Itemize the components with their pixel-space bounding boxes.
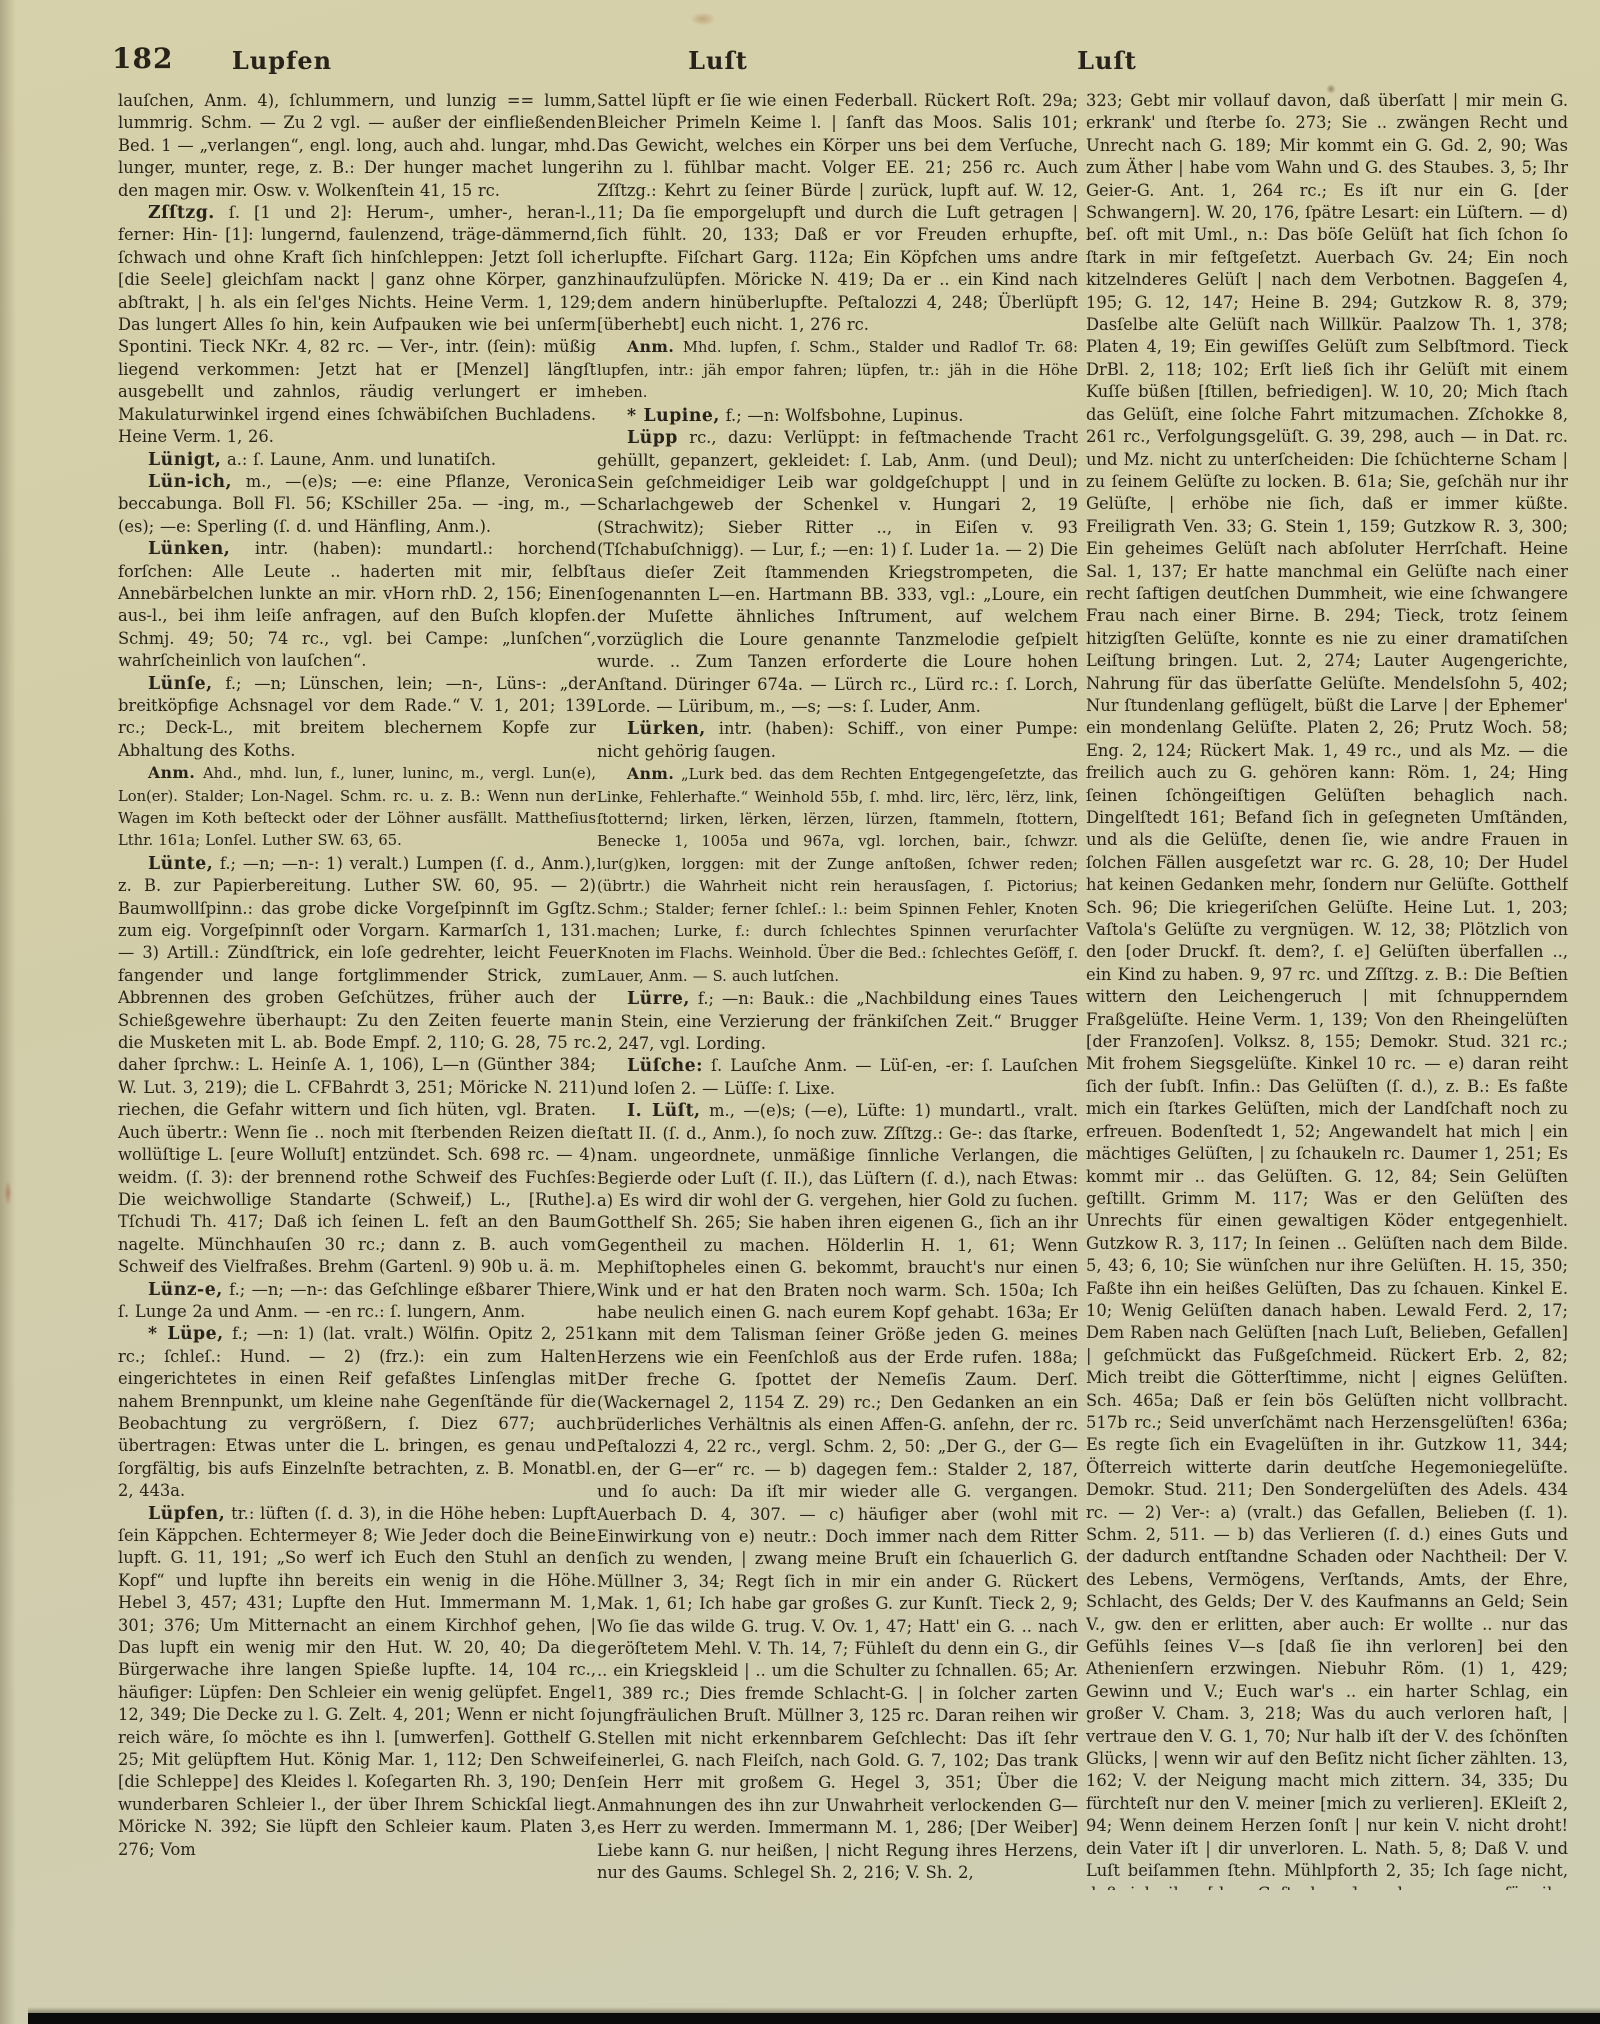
- entry-paragraph: Lünſe, f.; —n; Lünschen, lein; —n-, Lüns…: [118, 673, 596, 763]
- entry-headword: Anm.: [627, 337, 674, 356]
- entry-headword: Zſſtzg.: [148, 203, 215, 223]
- text-column-3: 323; Gebt mir vollauf davon, daß überſat…: [1086, 90, 1568, 1890]
- scanned-dictionary-page: 182 Lupfen Luſt Luſt lauſchen, Anm. 4), …: [0, 0, 1600, 2024]
- annotation-paragraph: Anm. Mhd. lupfen, ſ. Schm., Stalder und …: [597, 336, 1078, 404]
- annotation-paragraph: Anm. „Lurk bed. das dem Rechten Entgegen…: [597, 763, 1078, 988]
- entry-headword: Lün-ich,: [148, 472, 232, 492]
- entry-headword: Lüpfen,: [148, 1504, 225, 1524]
- annotation-paragraph: Anm. Ahd., mhd. lun, f., luner, luninc, …: [118, 762, 596, 853]
- text-column-2: Sattel lüpft er ſie wie einen Federball.…: [597, 90, 1078, 1890]
- entry-paragraph: Zſſtzg. ſ. [1 und 2]: Herum-, umher-, he…: [118, 202, 596, 448]
- entry-headword: I. Lüſt,: [627, 1101, 701, 1121]
- scan-edge-bottom: [28, 2013, 1600, 2024]
- entry-headword: Lüpp: [627, 428, 678, 448]
- running-head-left: Lupfen: [232, 46, 332, 75]
- entry-paragraph: Lüſche: ſ. Lauſche Anm. — Lüſ-en, -er: ſ…: [597, 1055, 1078, 1100]
- entry-headword: Lünte,: [148, 854, 213, 874]
- entry-paragraph: Lün-ich, m., —(e)s; —e: eine Pflanze, Ve…: [118, 471, 596, 538]
- running-head-middle: Luſt: [688, 46, 748, 75]
- entry-paragraph: Sattel lüpft er ſie wie einen Federball.…: [597, 90, 1078, 336]
- entry-paragraph: I. Lüſt, m., —(e)s; (—e), Lüfte: 1) mund…: [597, 1100, 1078, 1884]
- entry-paragraph: lauſchen, Anm. 4), ſchlummern, und lunzi…: [118, 90, 596, 202]
- text-column-1: lauſchen, Anm. 4), ſchlummern, und lunzi…: [118, 90, 596, 1890]
- entry-headword: Lünz-e,: [148, 1280, 223, 1300]
- entry-paragraph: Lüpp rc., dazu: Verlüppt: in feſtmachend…: [597, 427, 1078, 718]
- entry-headword: * Lupine,: [627, 406, 720, 426]
- entry-headword: * Lüpe,: [148, 1324, 224, 1344]
- entry-headword: Lüſche:: [627, 1056, 703, 1076]
- page-number: 182: [112, 42, 173, 75]
- entry-headword: Anm.: [148, 763, 195, 782]
- entry-paragraph: Lünz-e, f.; —n; —n-: das Geſchlinge eßba…: [118, 1279, 596, 1324]
- entry-paragraph: Lünken, intr. (haben): mundartl.: horche…: [118, 538, 596, 672]
- entry-headword: Lürre,: [627, 989, 690, 1009]
- entry-headword: Anm.: [627, 764, 674, 783]
- entry-paragraph: Lüpfen, tr.: lüften (ſ. d. 3), in die Hö…: [118, 1503, 596, 1862]
- scan-edge-left: [0, 0, 16, 2024]
- entry-paragraph: Lünte, f.; —n; —n-: 1) veralt.) Lumpen (…: [118, 853, 596, 1279]
- entry-paragraph: Lünigt, a.: ſ. Laune, Anm. und lunatiſch…: [118, 449, 596, 471]
- entry-paragraph: * Lüpe, f.; —n: 1) (lat. vralt.) Wölfin.…: [118, 1323, 596, 1502]
- page-header: 182 Lupfen Luſt Luſt: [0, 0, 1600, 90]
- entry-headword: Lürken,: [627, 719, 706, 739]
- entry-paragraph: * Lupine, f.; —n: Wolfsbohne, Lupinus.: [597, 405, 1078, 427]
- entry-paragraph: 323; Gebt mir vollauf davon, daß überſat…: [1086, 90, 1568, 1890]
- entry-headword: Lünigt,: [148, 450, 221, 470]
- entry-paragraph: Lürken, intr. (haben): Schiff., von eine…: [597, 718, 1078, 763]
- running-head-right: Luſt: [1077, 46, 1137, 75]
- entry-headword: Lünken,: [148, 539, 230, 559]
- entry-paragraph: Lürre, f.; —n: Bauk.: die „Nachbildung e…: [597, 988, 1078, 1055]
- entry-headword: Lünſe,: [148, 674, 213, 694]
